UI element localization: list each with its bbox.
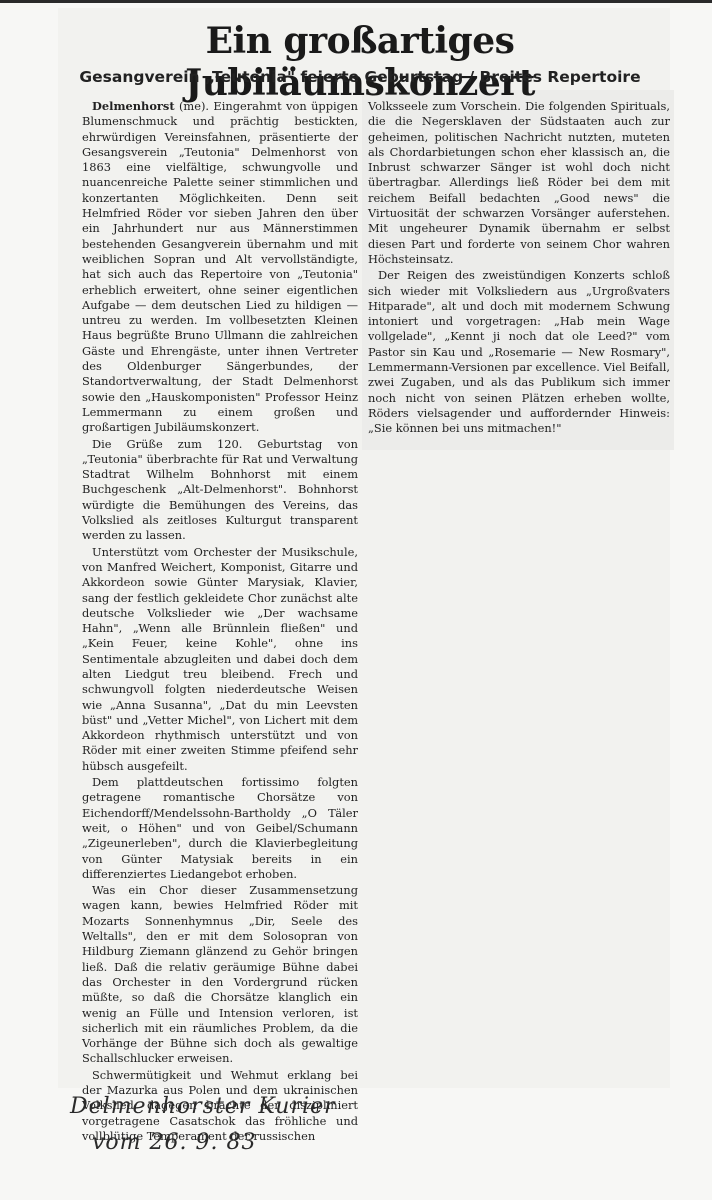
paragraph: Unterstützt vom Orchester der Musikschul… (82, 545, 358, 774)
headline: Ein großartiges Jubiläumskonzert (60, 20, 660, 104)
article-column-left: Delmenhorst (me). Eingerahmt von üppigen… (82, 99, 358, 1145)
article-column-right: Volksseele zum Vorschein. Die folgenden … (368, 99, 670, 438)
scan-top-edge (0, 0, 712, 3)
handwritten-source-note: Delmenhorster Kurier (70, 1094, 336, 1119)
paragraph: Delmenhorst (me). Eingerahmt von üppigen… (82, 99, 358, 436)
paragraph: Die Grüße zum 120. Geburtstag von „Teuto… (82, 437, 358, 544)
paragraph: Was ein Chor dieser Zusammensetzung wage… (82, 883, 358, 1067)
paragraph-text: (me). Eingerahmt von üppigen Blumenschmu… (82, 99, 358, 434)
dateline: Delmenhorst (92, 99, 175, 113)
subheadline: Gesangverein „Teutonia" feierte Geburtst… (60, 66, 660, 88)
handwritten-date-note: vom 26. 9. 83 (92, 1130, 257, 1155)
paragraph: Der Reigen des zweistündigen Konzerts sc… (368, 268, 670, 436)
paragraph: Volksseele zum Vorschein. Die folgenden … (368, 99, 670, 267)
paragraph: Dem plattdeutschen fortissimo folgten ge… (82, 775, 358, 882)
